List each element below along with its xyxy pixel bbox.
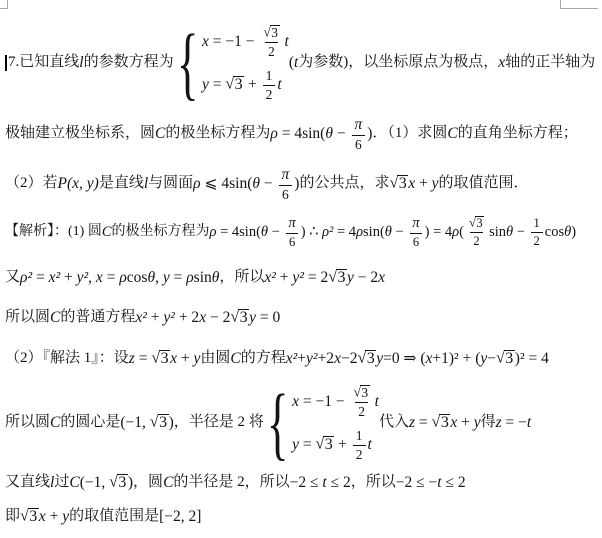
problem-text: 与圆面 — [148, 175, 193, 192]
denominator: 2 — [353, 445, 366, 463]
cos-function: cos — [127, 269, 148, 287]
sqrt-radical: √3 — [150, 414, 169, 432]
denominator: 6 — [286, 233, 298, 250]
sqrt-radical: √3 — [469, 216, 484, 230]
var-x-squared: x² — [286, 350, 298, 368]
sqrt-radical: √3 — [389, 175, 408, 193]
var-C: C — [447, 125, 457, 143]
var-x: x — [408, 175, 415, 193]
solution-text: 得 — [481, 414, 496, 431]
radical-sign: √ — [469, 217, 476, 230]
problem-line-1: 7.已知直线 l 的参数方程为 { x = −1 − √32t y = √3 +… — [5, 18, 595, 108]
math-run: + 2 — [175, 309, 199, 327]
sqrt-radical: √3 — [357, 350, 376, 368]
var-t: t — [285, 33, 289, 51]
equation-y: y = √3 + 12t — [202, 68, 289, 102]
text-cursor — [5, 55, 7, 71]
solution-text: 即 — [5, 508, 20, 525]
var-rho: ρ — [210, 224, 217, 241]
solution-line-6: 又直线l过C(−1, √3)，圆C的半径是 2，所以−2 ≤ t ≤ 2，所以−… — [5, 466, 466, 500]
radical-sign: √ — [496, 351, 505, 368]
operator-run: − — [333, 125, 350, 143]
denominator: 2 — [470, 232, 482, 249]
var-rho: ρ — [193, 175, 200, 193]
solution-text: ，所以 — [351, 474, 396, 491]
radicand: 3 — [323, 436, 334, 454]
numerator: π — [279, 166, 293, 185]
var-C: C — [230, 350, 240, 368]
solution-text: 的取值范围是 — [69, 508, 159, 525]
var-y: y — [249, 309, 256, 327]
math-run: (x, y) — [67, 175, 99, 193]
radicand: 3 — [504, 350, 515, 368]
implies-run: =0 ⇒ ( — [383, 350, 425, 368]
document-page: { "sym": { "sqrt": "√", "three": "3", "t… — [0, 0, 602, 538]
math-run: (−1, — [80, 474, 109, 492]
sqrt-radical: √3 — [109, 474, 128, 492]
operator-run: = — [170, 269, 187, 287]
solution-line-4: （2）『解法 1』：设z = √3x + y由圆C的方程x²+y²+2x−2√3… — [5, 340, 549, 378]
var-y: y — [292, 436, 299, 454]
sqrt-radical: √3 — [151, 350, 170, 368]
operator-run: + — [457, 414, 474, 432]
fraction-1-over-2: 12 — [531, 216, 543, 248]
var-x: x — [426, 350, 433, 368]
var-rho: ρ — [119, 269, 126, 287]
fraction-pi-over-6: π6 — [409, 215, 422, 249]
problem-text: 轴的正半轴为 — [505, 54, 595, 71]
radical-sign: √ — [432, 415, 441, 432]
var-rho: ρ — [452, 224, 459, 241]
operator-run: = — [135, 350, 152, 368]
radical-sign: √ — [151, 351, 160, 368]
radicand: 3 — [397, 175, 408, 193]
operator-run: = — [103, 269, 120, 287]
var-rho-squared: ρ² — [322, 224, 333, 241]
paren: ) — [571, 224, 576, 241]
radical-sign: √ — [225, 77, 234, 94]
var-C: C — [50, 414, 60, 432]
var-y: y — [474, 414, 481, 432]
comma: , — [88, 269, 96, 287]
math-run: ) = 4 — [425, 224, 453, 241]
problem-text: 的直角坐标方程； — [458, 125, 578, 142]
problem-text: 的极坐标方程为 — [165, 125, 270, 142]
equation-x: x = −1 − √32t — [292, 384, 379, 420]
solution-line-1: 【解析】：(1) 圆C的极坐标方程为ρ = 4sin(θ − π6) ∴ ρ² … — [5, 206, 576, 258]
margin-crop-mark-top-right-h — [560, 8, 598, 9]
operator-run: = — [415, 414, 432, 432]
solution-text: 所以圆 — [5, 414, 50, 431]
fraction-sqrt3-over-2: √32 — [466, 215, 487, 249]
sqrt-radical: √3 — [432, 414, 451, 432]
var-x: x — [39, 508, 46, 526]
problem-text: 极轴建立极坐标系，圆 — [5, 125, 155, 142]
comma: , — [155, 269, 163, 287]
math-run: ≤ 2 — [442, 474, 466, 492]
math-run: (−1, — [120, 414, 149, 432]
radical-sign: √ — [20, 509, 29, 526]
solution-text: 过 — [54, 474, 69, 491]
solution-text: 所以圆 — [5, 309, 50, 326]
var-x-squared: x² — [49, 269, 61, 287]
problem-text: 是直线 — [99, 175, 144, 192]
solution-text: 又 — [5, 269, 20, 286]
math-run: −2 — [341, 350, 358, 368]
math-run: = 4sin( — [216, 224, 260, 241]
problem-text: 的取值范围． — [439, 175, 529, 192]
radical-sign: √ — [150, 415, 159, 432]
operator-run: − — [268, 224, 283, 241]
sqrt-radical: √3 — [20, 508, 39, 526]
solution-text: ，半径是 2 将 — [174, 414, 264, 431]
var-x: x — [334, 350, 341, 368]
operator-run: − — [260, 175, 277, 193]
math-run: = 0 — [256, 309, 280, 327]
var-y: y — [480, 350, 487, 368]
problem-text: 的参数方程为 — [84, 54, 174, 71]
numerator: 1 — [531, 216, 543, 232]
radical-sign: √ — [353, 385, 360, 399]
var-y: y — [347, 269, 354, 287]
operator-run: = — [299, 436, 316, 454]
var-C: C — [102, 224, 112, 241]
left-brace: { — [176, 22, 198, 104]
var-y: y — [163, 269, 170, 287]
var-y-squared: y² — [292, 269, 304, 287]
parametric-system: x = −1 − √32t y = √3 + 12t — [292, 384, 379, 463]
cos-function: cos — [545, 224, 564, 241]
math-run: ≤ 2 — [327, 474, 351, 492]
sqrt-radical: √3 — [496, 350, 515, 368]
solution-text: 的圆心是 — [60, 414, 120, 431]
problem-text: 7.已知直线 — [8, 54, 79, 71]
var-rho: ρ — [186, 269, 193, 287]
fraction-pi-over-6: π6 — [279, 166, 293, 202]
solution-line-5: 所以圆C的圆心是(−1, √3)，半径是 2 将{ x = −1 − √32t … — [5, 378, 531, 468]
var-x-squared: x² — [264, 269, 276, 287]
math-run: +1)² + ( — [432, 350, 480, 368]
operator-run: − — [392, 224, 407, 241]
denominator: 6 — [410, 233, 422, 250]
math-run: sin( — [363, 224, 385, 241]
var-x: x — [199, 309, 206, 327]
var-C: C — [163, 474, 173, 492]
radicand: 3 — [28, 508, 39, 526]
var-y: y — [202, 76, 209, 94]
denominator: 6 — [352, 135, 365, 153]
operator-run: + — [147, 309, 164, 327]
solution-text: 代入 — [379, 414, 409, 431]
solution-text: 的方程 — [241, 350, 286, 367]
radical-sign: √ — [357, 351, 366, 368]
radicand: 3 — [270, 25, 280, 40]
solution-line-2: 又ρ² = x² + y², x = ρcosθ, y = ρsinθ，所以x²… — [5, 262, 385, 294]
solution-line-3: 所以圆C的普通方程x² + y² + 2x − 2√3y = 0 — [5, 302, 280, 334]
math-run: = 4sin( — [278, 125, 326, 143]
var-x: x — [378, 269, 385, 287]
operator-run: + — [244, 76, 261, 94]
var-t: t — [277, 76, 281, 94]
left-brace: { — [267, 382, 289, 464]
var-C: C — [50, 309, 60, 327]
problem-text: （2）若 — [5, 175, 58, 192]
var-theta: θ — [147, 269, 155, 287]
operator-run: + — [60, 269, 77, 287]
fraction-pi-over-6: π6 — [351, 116, 365, 152]
var-P: P — [58, 175, 67, 193]
margin-crop-mark-top-left-v — [7, 0, 8, 8]
interval-run: [−2, 2] — [159, 508, 201, 526]
sqrt-radical: √3 — [230, 309, 249, 327]
radicand: 3 — [365, 350, 376, 368]
radicand: 3 — [336, 269, 347, 287]
numerator: π — [409, 215, 422, 233]
var-x: x — [202, 33, 209, 51]
var-theta: θ — [385, 224, 392, 241]
math-run: = 2 — [304, 269, 328, 287]
math-run: − 2 — [354, 269, 378, 287]
math-run: )² = 4 — [515, 350, 549, 368]
paren: ( — [459, 224, 464, 241]
radicand: 3 — [439, 414, 450, 432]
operator-run: + — [334, 436, 351, 454]
denominator: 2 — [355, 402, 368, 420]
radical-sign: √ — [109, 475, 118, 492]
denominator: 6 — [279, 185, 292, 203]
var-x: x — [498, 54, 505, 72]
math-run: − 2 — [206, 309, 230, 327]
problem-line-3: （2）若P(x, y)是直线l与圆面ρ ⩽ 4sin(θ − π6)的公共点，求… — [5, 160, 529, 208]
numerator: 1 — [353, 428, 366, 445]
operator-run: + — [297, 350, 306, 368]
var-y-squared: y² — [77, 269, 89, 287]
sqrt-radical: √3 — [225, 76, 244, 94]
solution-text: （2）『解法 1』：设 — [5, 350, 129, 367]
radical-sign: √ — [389, 176, 398, 193]
radicand: 3 — [360, 385, 370, 400]
var-x: x — [96, 269, 103, 287]
math-run: +2 — [318, 350, 335, 368]
radical-sign: √ — [263, 25, 270, 39]
fraction-1-over-2: 12 — [353, 428, 366, 462]
denominator: 2 — [531, 232, 543, 249]
math-run: = 4 — [333, 224, 356, 241]
var-rho: ρ — [270, 125, 277, 143]
var-theta: θ — [261, 224, 268, 241]
operator-run: = −1 − — [299, 393, 348, 411]
radical-sign: √ — [328, 270, 337, 287]
denominator: 2 — [263, 85, 276, 103]
math-run: −2 ≤ − — [396, 474, 438, 492]
operator-run: = − — [502, 414, 527, 432]
radicand: 3 — [233, 76, 244, 94]
problem-line-2: 极轴建立极坐标系，圆C的极坐标方程为ρ = 4sin(θ − π6)．（1）求圆… — [5, 108, 578, 160]
radicand: 3 — [238, 309, 249, 327]
operator-run: = — [209, 76, 226, 94]
problem-text: ．（1）求圆 — [372, 125, 447, 142]
solution-text: 【解析】：(1) 圆 — [5, 224, 102, 240]
solution-text: 的半径是 2，所以 — [173, 474, 289, 491]
var-t: t — [368, 436, 372, 454]
radicand: 3 — [117, 474, 128, 492]
solution-text: 又直线 — [5, 474, 50, 491]
fraction-sqrt3-over-2: √32 — [350, 384, 372, 420]
sin-function: sin — [194, 269, 212, 287]
numerator: 1 — [263, 68, 276, 85]
margin-crop-mark-top-left-h — [0, 8, 8, 9]
radical-sign: √ — [316, 437, 325, 454]
operator-run: − — [487, 350, 496, 368]
radicand: 3 — [159, 350, 170, 368]
denominator: 2 — [265, 42, 278, 60]
radicand: 3 — [158, 414, 169, 432]
operator-run: + — [415, 175, 432, 193]
solution-text: ，圆 — [133, 474, 163, 491]
var-y-squared: y² — [163, 309, 175, 327]
radicand: 3 — [475, 216, 484, 230]
fraction-1-over-2: 12 — [263, 68, 276, 102]
parametric-system: x = −1 − √32t y = √3 + 12t — [202, 24, 289, 103]
var-x: x — [450, 414, 457, 432]
operator-run: + — [177, 350, 194, 368]
var-theta: θ — [212, 269, 220, 287]
sqrt-radical: √3 — [263, 25, 279, 40]
fraction-pi-over-6: π6 — [285, 215, 298, 249]
var-x: x — [292, 393, 299, 411]
therefore-symbol: ∴ — [306, 224, 322, 241]
var-x-squared: x² — [135, 309, 147, 327]
operator-run: − — [513, 224, 528, 241]
numerator: π — [351, 116, 365, 135]
equation-y: y = √3 + 12t — [292, 428, 379, 462]
math-run: −2 ≤ — [290, 474, 323, 492]
sqrt-radical: √3 — [328, 269, 347, 287]
var-y: y — [193, 350, 200, 368]
var-C: C — [155, 125, 165, 143]
fraction-sqrt3-over-2: √32 — [260, 24, 282, 60]
var-x: x — [170, 350, 177, 368]
margin-crop-mark-top-right-v — [560, 0, 561, 8]
sin-function: sin — [489, 224, 506, 241]
solution-text: 的极坐标方程为 — [112, 224, 210, 240]
var-theta: θ — [325, 125, 333, 143]
solution-text: 的普通方程 — [60, 309, 135, 326]
var-y: y — [432, 175, 439, 193]
var-rho: ρ — [356, 224, 363, 241]
operator-run: + — [46, 508, 63, 526]
operator-run: = — [32, 269, 49, 287]
problem-text: 的公共点，求 — [299, 175, 389, 192]
var-theta: θ — [252, 175, 260, 193]
var-theta: θ — [564, 224, 571, 241]
sqrt-radical: √3 — [316, 436, 335, 454]
var-y: y — [62, 508, 69, 526]
math-run: ⩽ 4sin( — [201, 175, 253, 193]
problem-text: 为参数)，以坐标原点为极点， — [298, 54, 498, 71]
var-rho-squared: ρ² — [20, 269, 32, 287]
var-y: y — [376, 350, 383, 368]
var-t: t — [527, 414, 531, 432]
solution-line-7: 即√3x + y的取值范围是[−2, 2] — [5, 500, 201, 534]
operator-run: = −1 − — [209, 33, 258, 51]
operator-run: + — [276, 269, 293, 287]
var-y-squared: y² — [306, 350, 318, 368]
solution-text: ，所以 — [219, 269, 264, 286]
var-t: t — [375, 393, 379, 411]
solution-text: 由圆 — [200, 350, 230, 367]
numerator: π — [285, 215, 298, 233]
var-C: C — [69, 474, 79, 492]
equation-x: x = −1 − √32t — [202, 24, 289, 60]
var-theta: θ — [506, 224, 513, 241]
radical-sign: √ — [230, 310, 239, 327]
sqrt-radical: √3 — [353, 385, 369, 400]
